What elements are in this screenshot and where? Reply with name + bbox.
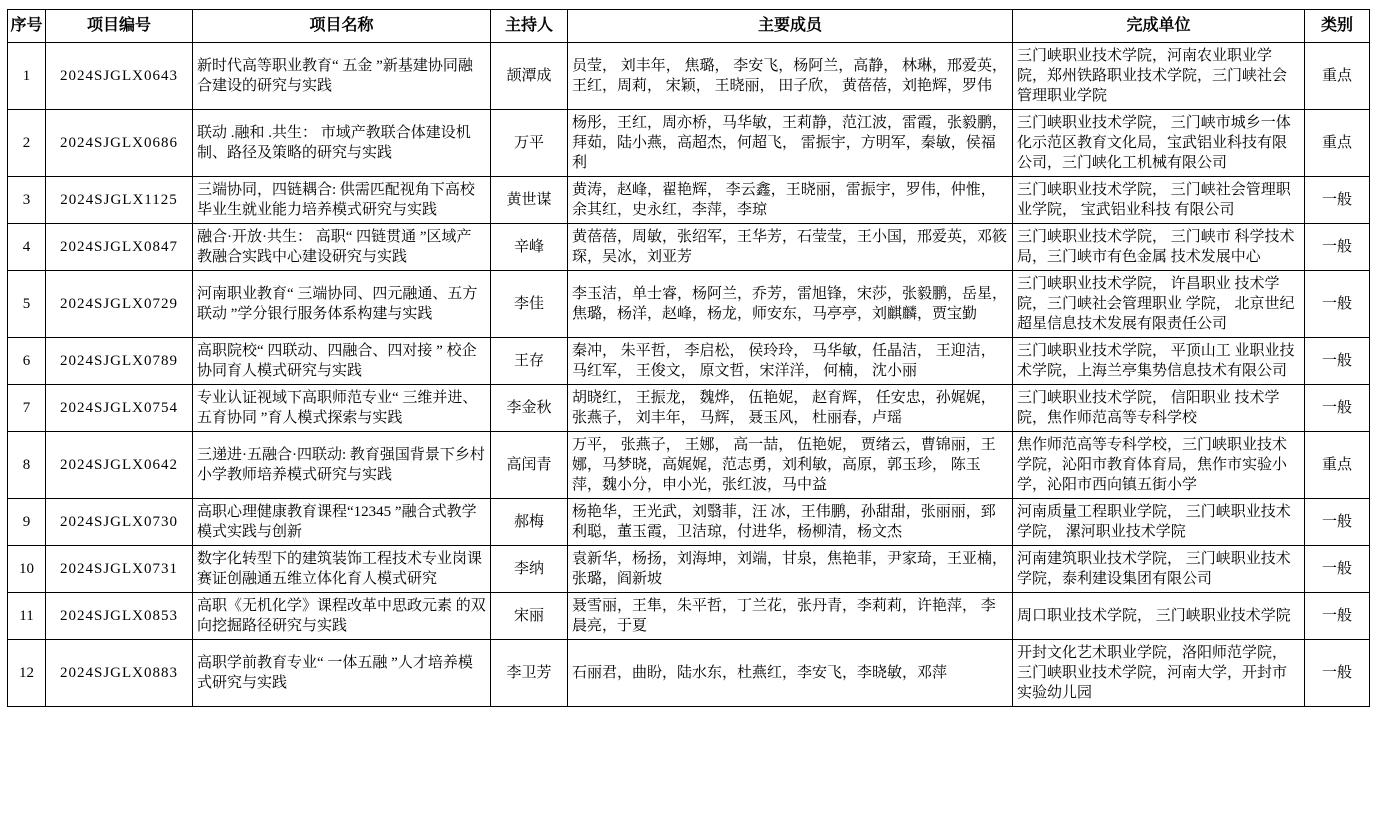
cell-leader: 黄世谋 bbox=[491, 177, 568, 224]
cell-category: 重点 bbox=[1305, 432, 1370, 499]
table-row: 1 2024SJGLX0643 新时代高等职业教育“ 五金 ”新基建协同融合建设… bbox=[8, 43, 1370, 110]
cell-no: 4 bbox=[8, 224, 46, 271]
project-table: 序号 项目编号 项目名称 主持人 主要成员 完成单位 类别 1 2024SJGL… bbox=[7, 9, 1370, 707]
cell-leader: 李金秋 bbox=[491, 385, 568, 432]
cell-no: 2 bbox=[8, 110, 46, 177]
project-table-sheet: 序号 项目编号 项目名称 主持人 主要成员 完成单位 类别 1 2024SJGL… bbox=[0, 0, 1376, 814]
header-category: 类别 bbox=[1305, 10, 1370, 43]
cell-members: 杨艳华，王光武，刘翳菲，汪 冰，王伟鹏，孙甜甜，张丽丽，郅利聪，董玉霞，卫洁琼，… bbox=[568, 499, 1013, 546]
cell-no: 12 bbox=[8, 640, 46, 707]
header-row: 序号 项目编号 项目名称 主持人 主要成员 完成单位 类别 bbox=[8, 10, 1370, 43]
cell-code: 2024SJGLX0729 bbox=[46, 271, 193, 338]
cell-code: 2024SJGLX0883 bbox=[46, 640, 193, 707]
cell-members: 万平， 张燕子， 王娜， 高一喆， 伍艳妮， 贾绪云，曹锦丽，王娜，马梦晓，高娓… bbox=[568, 432, 1013, 499]
cell-title: 新时代高等职业教育“ 五金 ”新基建协同融合建设的研究与实践 bbox=[193, 43, 491, 110]
cell-units: 三门峡职业技术学院， 三门峡市城乡一体化示范区教育文化局，宝武铝业科技有限公司，… bbox=[1013, 110, 1305, 177]
cell-leader: 李纳 bbox=[491, 546, 568, 593]
cell-code: 2024SJGLX0731 bbox=[46, 546, 193, 593]
table-row: 5 2024SJGLX0729 河南职业教育“ 三端协同、四元融通、五方联动 ”… bbox=[8, 271, 1370, 338]
cell-code: 2024SJGLX0730 bbox=[46, 499, 193, 546]
table-row: 6 2024SJGLX0789 高职院校“ 四联动、四融合、四对接 ” 校企协同… bbox=[8, 338, 1370, 385]
table-row: 7 2024SJGLX0754 专业认证视域下高职师范专业“ 三维并进、五育协同… bbox=[8, 385, 1370, 432]
table-row: 11 2024SJGLX0853 高职《无机化学》课程改革中思政元素 的双向挖掘… bbox=[8, 593, 1370, 640]
header-code: 项目编号 bbox=[46, 10, 193, 43]
cell-members: 黄涛，赵峰，翟艳辉， 李云鑫，王晓丽，雷振宇，罗伟，仲惟，余其红，史永红，李萍，… bbox=[568, 177, 1013, 224]
header-leader: 主持人 bbox=[491, 10, 568, 43]
cell-leader: 王存 bbox=[491, 338, 568, 385]
cell-units: 三门峡职业技术学院， 三门峡市 科学技术局，三门峡市有色金属 技术发展中心 bbox=[1013, 224, 1305, 271]
cell-code: 2024SJGLX0642 bbox=[46, 432, 193, 499]
cell-title: 专业认证视域下高职师范专业“ 三维并进、五育协同 ”育人模式探索与实践 bbox=[193, 385, 491, 432]
cell-leader: 颉潭成 bbox=[491, 43, 568, 110]
cell-title: 三端协同，四链耦合: 供需匹配视角下高校毕业生就业能力培养模式研究与实践 bbox=[193, 177, 491, 224]
cell-units: 三门峡职业技术学院， 三门峡社会管理职业学院， 宝武铝业科技 有限公司 bbox=[1013, 177, 1305, 224]
cell-no: 3 bbox=[8, 177, 46, 224]
cell-category: 重点 bbox=[1305, 43, 1370, 110]
cell-members: 李玉洁，单士睿，杨阿兰，乔芳，雷旭锋，宋莎，张毅鹏，岳星，焦璐，杨洋，赵峰，杨龙… bbox=[568, 271, 1013, 338]
cell-units: 周口职业技术学院， 三门峡职业技术学院 bbox=[1013, 593, 1305, 640]
cell-category: 一般 bbox=[1305, 499, 1370, 546]
cell-units: 三门峡职业技术学院， 平顶山工 业职业技术学院，上海兰亭集势信息技术有限公司 bbox=[1013, 338, 1305, 385]
cell-title: 高职心理健康教育课程“12345 ”融合式教学模式实践与创新 bbox=[193, 499, 491, 546]
cell-members: 黄蓓蓓，周敏，张绍军，王华芳，石莹莹，王小国，邢爱英，邓筱琛，吴冰，刘亚芳 bbox=[568, 224, 1013, 271]
table-row: 10 2024SJGLX0731 数字化转型下的建筑装饰工程技术专业岗课赛证创融… bbox=[8, 546, 1370, 593]
header-members: 主要成员 bbox=[568, 10, 1013, 43]
cell-title: 三递进·五融合·四联动: 教育强国背景下乡村小学教师培养模式研究与实践 bbox=[193, 432, 491, 499]
cell-category: 一般 bbox=[1305, 224, 1370, 271]
cell-no: 11 bbox=[8, 593, 46, 640]
cell-category: 一般 bbox=[1305, 338, 1370, 385]
cell-title: 融合·开放·共生： 高职“ 四链贯通 ”区域产教融合实践中心建设研究与实践 bbox=[193, 224, 491, 271]
cell-members: 秦冲， 朱平哲， 李启松， 侯玲玲， 马华敏，任晶洁， 王迎洁， 马红军， 王俊… bbox=[568, 338, 1013, 385]
table-row: 4 2024SJGLX0847 融合·开放·共生： 高职“ 四链贯通 ”区域产教… bbox=[8, 224, 1370, 271]
cell-category: 一般 bbox=[1305, 271, 1370, 338]
cell-leader: 李佳 bbox=[491, 271, 568, 338]
header-units: 完成单位 bbox=[1013, 10, 1305, 43]
cell-leader: 郝梅 bbox=[491, 499, 568, 546]
cell-code: 2024SJGLX0754 bbox=[46, 385, 193, 432]
cell-no: 6 bbox=[8, 338, 46, 385]
cell-code: 2024SJGLX0847 bbox=[46, 224, 193, 271]
cell-units: 河南质量工程职业学院， 三门峡职业技术学院， 漯河职业技术学院 bbox=[1013, 499, 1305, 546]
cell-no: 7 bbox=[8, 385, 46, 432]
cell-leader: 李卫芳 bbox=[491, 640, 568, 707]
cell-units: 河南建筑职业技术学院， 三门峡职业技术学院，泰利建设集团有限公司 bbox=[1013, 546, 1305, 593]
cell-members: 袁新华，杨扬，刘海坤，刘端，甘泉，焦艳菲，尹家琦，王亚楠，张璐，阎新坡 bbox=[568, 546, 1013, 593]
cell-members: 胡晓红， 王振龙， 魏烨， 伍艳妮， 赵育辉， 任安忠，孙娓娓， 张燕子， 刘丰… bbox=[568, 385, 1013, 432]
cell-units: 开封文化艺术职业学院，洛阳师范学院，三门峡职业技术学院，河南大学，开封市实验幼儿… bbox=[1013, 640, 1305, 707]
cell-category: 一般 bbox=[1305, 593, 1370, 640]
cell-code: 2024SJGLX1125 bbox=[46, 177, 193, 224]
cell-members: 聂雪丽，王隼，朱平哲，丁兰花，张丹青，李莉莉，许艳萍， 李晨亮，于夏 bbox=[568, 593, 1013, 640]
cell-code: 2024SJGLX0853 bbox=[46, 593, 193, 640]
cell-leader: 高闰青 bbox=[491, 432, 568, 499]
cell-code: 2024SJGLX0789 bbox=[46, 338, 193, 385]
table-row: 9 2024SJGLX0730 高职心理健康教育课程“12345 ”融合式教学模… bbox=[8, 499, 1370, 546]
header-title: 项目名称 bbox=[193, 10, 491, 43]
cell-category: 重点 bbox=[1305, 110, 1370, 177]
cell-members: 杨彤，王红，周亦桥，马华敏，王莉静，范江波，雷霞，张毅鹏，拜茹，陆小燕，高超杰，… bbox=[568, 110, 1013, 177]
cell-leader: 宋丽 bbox=[491, 593, 568, 640]
cell-leader: 万平 bbox=[491, 110, 568, 177]
cell-units: 焦作师范高等专科学校，三门峡职业技术学院，沁阳市教育体育局，焦作市实验小学，沁阳… bbox=[1013, 432, 1305, 499]
table-row: 12 2024SJGLX0883 高职学前教育专业“ 一体五融 ”人才培养模式研… bbox=[8, 640, 1370, 707]
cell-no: 10 bbox=[8, 546, 46, 593]
cell-leader: 辛峰 bbox=[491, 224, 568, 271]
cell-units: 三门峡职业技术学院，河南农业职业学院，郑州铁路职业技术学院，三门峡社会管理职业学… bbox=[1013, 43, 1305, 110]
cell-units: 三门峡职业技术学院， 许昌职业 技术学院，三门峡社会管理职业 学院， 北京世纪超… bbox=[1013, 271, 1305, 338]
cell-category: 一般 bbox=[1305, 640, 1370, 707]
cell-code: 2024SJGLX0686 bbox=[46, 110, 193, 177]
cell-members: 员莹， 刘丰年， 焦璐， 李安飞，杨阿兰，高静， 林琳，邢爱英，王红，周莉， 宋… bbox=[568, 43, 1013, 110]
cell-title: 数字化转型下的建筑装饰工程技术专业岗课赛证创融通五维立体化育人模式研究 bbox=[193, 546, 491, 593]
cell-members: 石丽君，曲盼，陆水东，杜燕红，李安飞，李晓敏，邓萍 bbox=[568, 640, 1013, 707]
cell-no: 8 bbox=[8, 432, 46, 499]
table-row: 3 2024SJGLX1125 三端协同，四链耦合: 供需匹配视角下高校毕业生就… bbox=[8, 177, 1370, 224]
cell-category: 一般 bbox=[1305, 546, 1370, 593]
cell-title: 河南职业教育“ 三端协同、四元融通、五方联动 ”学分银行服务体系构建与实践 bbox=[193, 271, 491, 338]
header-no: 序号 bbox=[8, 10, 46, 43]
cell-title: 联动 .融和 .共生： 市域产教联合体建设机制、路径及策略的研究与实践 bbox=[193, 110, 491, 177]
cell-no: 5 bbox=[8, 271, 46, 338]
cell-title: 高职学前教育专业“ 一体五融 ”人才培养模式研究与实践 bbox=[193, 640, 491, 707]
cell-no: 9 bbox=[8, 499, 46, 546]
cell-title: 高职院校“ 四联动、四融合、四对接 ” 校企协同育人模式研究与实践 bbox=[193, 338, 491, 385]
cell-category: 一般 bbox=[1305, 177, 1370, 224]
cell-no: 1 bbox=[8, 43, 46, 110]
table-row: 8 2024SJGLX0642 三递进·五融合·四联动: 教育强国背景下乡村小学… bbox=[8, 432, 1370, 499]
cell-category: 一般 bbox=[1305, 385, 1370, 432]
cell-code: 2024SJGLX0643 bbox=[46, 43, 193, 110]
cell-units: 三门峡职业技术学院， 信阳职业 技术学院，焦作师范高等专科学校 bbox=[1013, 385, 1305, 432]
table-row: 2 2024SJGLX0686 联动 .融和 .共生： 市域产教联合体建设机制、… bbox=[8, 110, 1370, 177]
cell-title: 高职《无机化学》课程改革中思政元素 的双向挖掘路径研究与实践 bbox=[193, 593, 491, 640]
